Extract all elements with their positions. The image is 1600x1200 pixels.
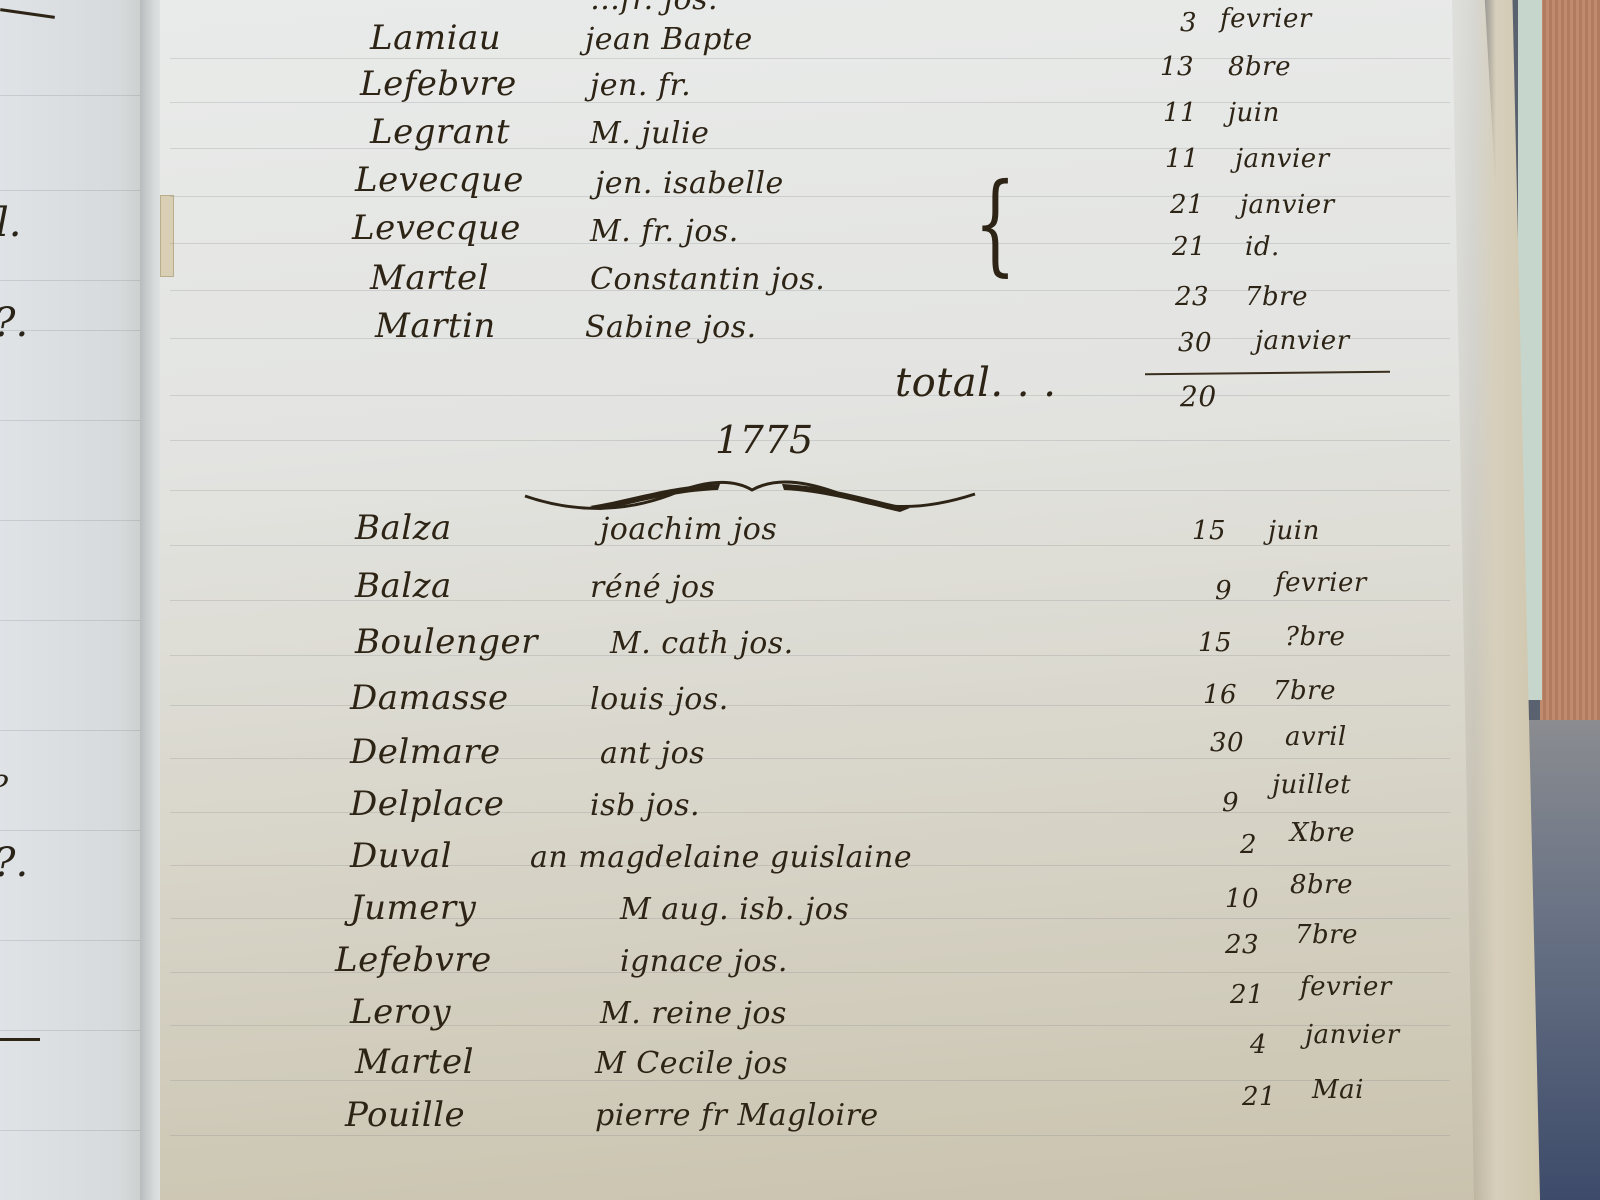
day: 3 bbox=[1180, 8, 1197, 38]
day: 21 bbox=[1242, 1082, 1276, 1112]
given-name: Sabine jos. bbox=[585, 310, 757, 345]
month: Xbre bbox=[1290, 818, 1355, 848]
month: 7bre bbox=[1245, 282, 1308, 312]
given-name: M. cath jos. bbox=[610, 626, 794, 661]
surname: Martel bbox=[370, 258, 489, 298]
surname: Boulenger bbox=[355, 622, 538, 662]
month: fevrier bbox=[1300, 972, 1392, 1002]
given-name: M. julie bbox=[590, 116, 709, 151]
surname: Levecque bbox=[352, 208, 521, 248]
surname: Legrant bbox=[370, 112, 510, 152]
surname: Pouille bbox=[345, 1095, 465, 1135]
given-name: réné jos bbox=[590, 570, 715, 605]
month: ?bre bbox=[1285, 622, 1345, 652]
given-name: ignace jos. bbox=[620, 944, 788, 979]
day: 16 bbox=[1203, 680, 1237, 710]
day: 30 bbox=[1178, 328, 1212, 358]
grouping-brace: { bbox=[974, 168, 1016, 278]
surname: Duval bbox=[350, 836, 452, 876]
month: janvier bbox=[1235, 144, 1330, 174]
day: 2 bbox=[1240, 830, 1257, 860]
year-heading: 1775 bbox=[715, 418, 814, 462]
given-name: pierre fr Magloire bbox=[595, 1098, 879, 1133]
month: juillet bbox=[1272, 770, 1351, 800]
month: 8bre bbox=[1228, 52, 1291, 82]
given-name: ant jos bbox=[600, 736, 705, 771]
day: 11 bbox=[1165, 144, 1199, 174]
left-page-fragment: ?. bbox=[0, 300, 28, 346]
surname: Lefebvre bbox=[335, 940, 492, 980]
day: 15 bbox=[1192, 516, 1226, 546]
day: 21 bbox=[1170, 190, 1204, 220]
surname: Balza bbox=[355, 508, 452, 548]
day: 4 bbox=[1250, 1030, 1267, 1060]
day: 15 bbox=[1198, 628, 1232, 658]
surname: Damasse bbox=[350, 678, 509, 718]
day: 11 bbox=[1163, 98, 1197, 128]
given-name: isb jos. bbox=[590, 788, 700, 823]
given-name: louis jos. bbox=[590, 682, 729, 717]
month: fevrier bbox=[1220, 4, 1312, 34]
left-page-fragment: l. bbox=[0, 200, 22, 246]
month: fevrier bbox=[1275, 568, 1367, 598]
day: 13 bbox=[1160, 52, 1194, 82]
day: 9 bbox=[1215, 576, 1232, 606]
total-value: 20 bbox=[1180, 380, 1217, 413]
surname: Levecque bbox=[355, 160, 524, 200]
month: janvier bbox=[1305, 1020, 1400, 1050]
surname: Jumery bbox=[350, 888, 476, 928]
surname: Lefebvre bbox=[360, 64, 517, 104]
surname: Delplace bbox=[350, 784, 504, 824]
given-name: M Cecile jos bbox=[595, 1046, 788, 1081]
given-name: Constantin jos. bbox=[590, 262, 825, 297]
given-name: M. fr. jos. bbox=[590, 214, 739, 249]
fabric-cover bbox=[1540, 0, 1600, 720]
given-name: …fr. jos. bbox=[590, 0, 718, 17]
day: 9 bbox=[1222, 788, 1239, 818]
given-name: joachim jos bbox=[600, 512, 777, 547]
day: 10 bbox=[1225, 884, 1259, 914]
given-name: jen. isabelle bbox=[595, 166, 784, 201]
month: Mai bbox=[1312, 1075, 1364, 1105]
month: id. bbox=[1245, 232, 1280, 262]
month: janvier bbox=[1255, 326, 1350, 356]
month: juin bbox=[1268, 516, 1320, 546]
surname: Delmare bbox=[350, 732, 501, 772]
month: 7bre bbox=[1273, 676, 1336, 706]
left-page-fragment: ?. bbox=[0, 840, 28, 886]
photo-scene: l. ?. ? ?. …fr. jos. 3 fe bbox=[0, 0, 1600, 1200]
month: avril bbox=[1285, 722, 1347, 752]
given-name: M. reine jos bbox=[600, 996, 787, 1031]
month: juin bbox=[1228, 98, 1280, 128]
binding-tab bbox=[160, 195, 174, 277]
day: 21 bbox=[1172, 232, 1206, 262]
total-label: total. . . bbox=[895, 360, 1056, 406]
month: 8bre bbox=[1290, 870, 1353, 900]
given-name: jean Bapte bbox=[585, 22, 753, 57]
given-name: an magdelaine guislaine bbox=[530, 840, 912, 875]
surname: Balza bbox=[355, 566, 452, 606]
left-page-fragment: ? bbox=[0, 770, 8, 805]
left-page: l. ?. ? ?. bbox=[0, 0, 150, 1200]
day: 23 bbox=[1225, 930, 1259, 960]
day: 30 bbox=[1210, 728, 1244, 758]
surname: Martin bbox=[375, 306, 496, 346]
day: 21 bbox=[1230, 980, 1264, 1010]
month: janvier bbox=[1240, 190, 1335, 220]
surname: Martel bbox=[355, 1042, 474, 1082]
day: 23 bbox=[1175, 282, 1209, 312]
ink-stroke bbox=[0, 8, 55, 19]
surname: Leroy bbox=[350, 992, 451, 1032]
given-name: jen. fr. bbox=[590, 68, 691, 103]
ink-stroke bbox=[0, 1038, 40, 1041]
given-name: M aug. isb. jos bbox=[620, 892, 849, 927]
surname: Lamiau bbox=[370, 18, 501, 58]
month: 7bre bbox=[1295, 920, 1358, 950]
